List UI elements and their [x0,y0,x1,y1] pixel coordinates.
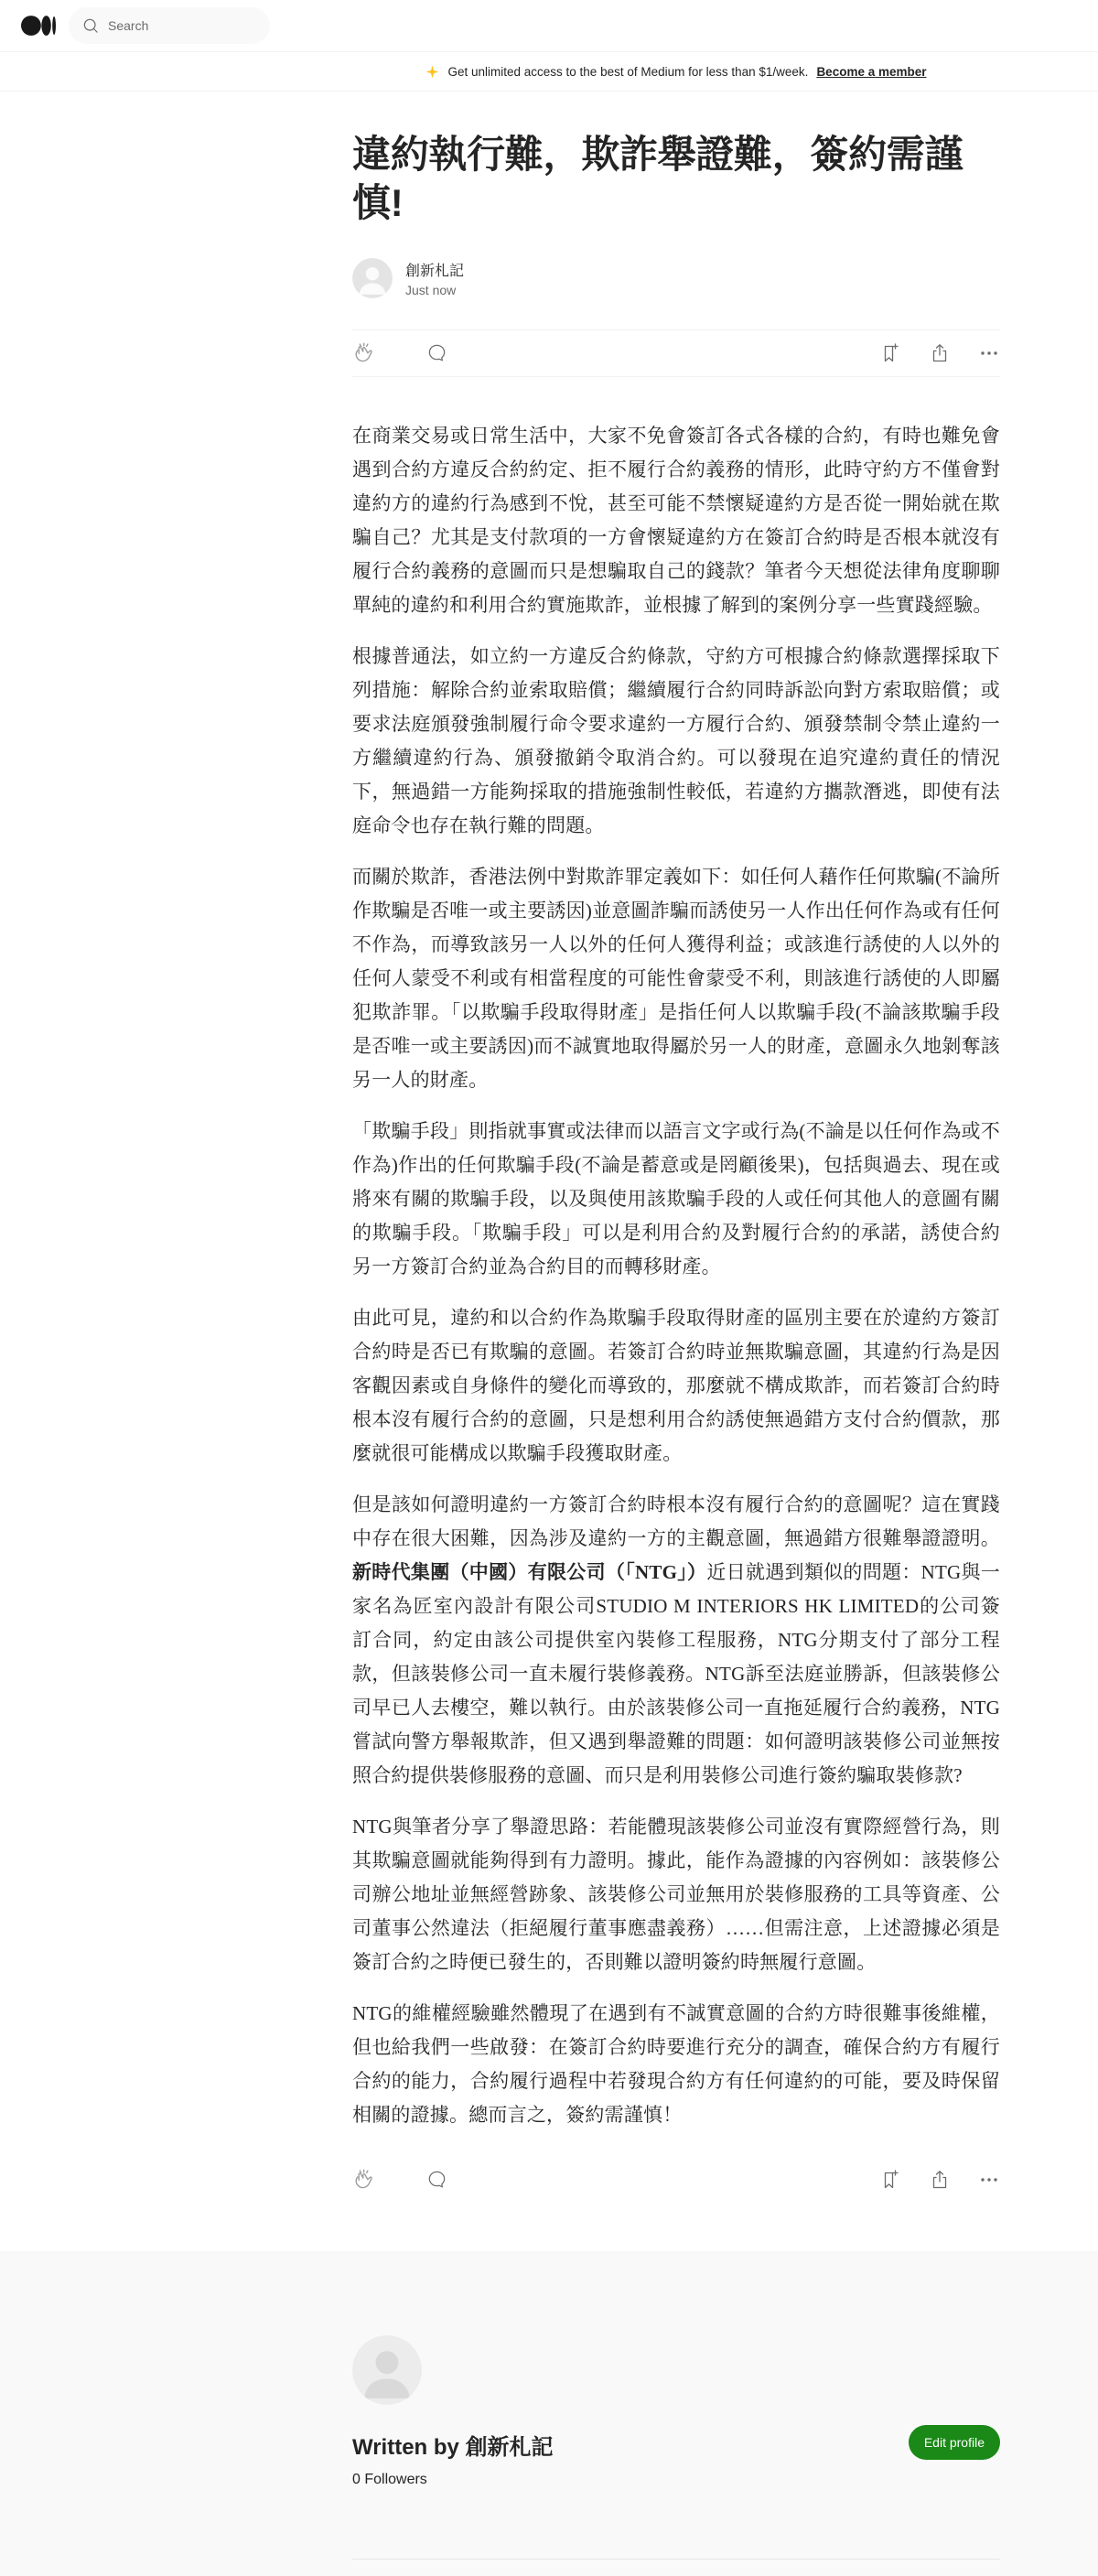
article-paragraph: 在商業交易或日常生活中，大家不免會簽訂各式各樣的合約，有時也難免會遇到合約方違反… [352,419,1000,622]
author-avatar[interactable] [352,258,393,298]
author-name[interactable]: 創新札記 [405,259,464,280]
medium-logo[interactable] [21,14,56,38]
more-options-button[interactable] [978,2169,1000,2191]
post-action-bar-top [352,329,1000,377]
search-box [69,7,270,44]
author-meta: 創新札記 Just now [405,259,464,297]
more-options-icon [978,342,1000,364]
share-icon [929,342,951,364]
sparkle-icon [425,65,439,79]
comment-icon [426,2169,447,2190]
author-footer: Written by 創新札記 0 Followers Edit profile [0,2251,1098,2576]
footer-divider [352,2559,1000,2560]
comment-icon [426,342,447,363]
article-paragraph: 「欺騙手段」則指就事實或法律而以語言文字或行為(不論是以任何作為或不作為)作出的… [352,1115,1000,1284]
more-options-button[interactable] [978,342,1000,364]
edit-profile-button[interactable]: Edit profile [909,2425,1000,2460]
top-navbar [0,0,1098,52]
written-by-heading: Written by 創新札記 [352,2429,1000,2461]
share-button[interactable] [929,342,951,364]
comment-button[interactable] [426,2169,447,2190]
followers-count[interactable]: 0 Followers [352,2472,1000,2488]
banner-message: Get unlimited access to the best of Medi… [447,65,808,79]
comment-button[interactable] [426,342,447,363]
search-icon [81,16,100,35]
article-column: 違約執行難，欺詐舉證難，簽約需謹慎! 創新札記 Just now [352,92,1000,2204]
post-title: 違約執行難，欺詐舉證難，簽約需謹慎! [352,130,1000,228]
clap-icon [352,2168,375,2191]
bookmark-plus-icon [879,342,901,364]
share-icon [929,2169,951,2191]
article-paragraph: 根據普通法，如立約一方違反合約條款，守約方可根據合約條款選擇採取下列措施：解除合… [352,640,1000,843]
clap-icon [352,341,375,364]
author-row: 創新札記 Just now [352,258,1000,298]
avatar-placeholder-icon [352,258,393,298]
footer-author-avatar[interactable] [352,2335,422,2405]
membership-banner: Get unlimited access to the best of Medi… [0,52,1098,92]
clap-button[interactable] [352,2168,375,2191]
article-paragraph: NTG與筆者分享了舉證思路：若能體現該裝修公司並沒有實際經營行為，則其欺騙意圖就… [352,1810,1000,1979]
bookmark-plus-icon [879,2169,901,2191]
article-paragraph: NTG的維權經驗雖然體現了在遇到有不誠實意圖的合約方時很難事後維權，但也給我們一… [352,1997,1000,2132]
search-input[interactable] [108,18,245,33]
article-paragraph: 但是該如何證明違約一方簽訂合約時根本沒有履行合約的意圖呢？這在實踐中存在很大困難… [352,1488,1000,1793]
article-paragraph: 由此可見，違約和以合約作為欺騙手段取得財產的區別主要在於違約方簽訂合約時是否已有… [352,1301,1000,1471]
post-timestamp: Just now [405,283,464,297]
article-paragraph: 而關於欺詐，香港法例中對欺詐罪定義如下：如任何人藉作任何欺騙(不論所作欺騙是否唯… [352,860,1000,1097]
share-button[interactable] [929,2169,951,2191]
medium-post-page: Get unlimited access to the best of Medi… [0,0,1098,2576]
become-member-link[interactable]: Become a member [816,65,926,79]
clap-button[interactable] [352,341,375,364]
post-action-bar-bottom [352,2156,1000,2204]
avatar-placeholder-icon [352,2335,422,2405]
post-body: 在商業交易或日常生活中，大家不免會簽訂各式各樣的合約，有時也難免會遇到合約方違反… [352,419,1000,2132]
bookmark-button[interactable] [879,2169,901,2191]
bookmark-button[interactable] [879,342,901,364]
more-options-icon [978,2169,1000,2191]
medium-logo-icon [21,14,56,38]
